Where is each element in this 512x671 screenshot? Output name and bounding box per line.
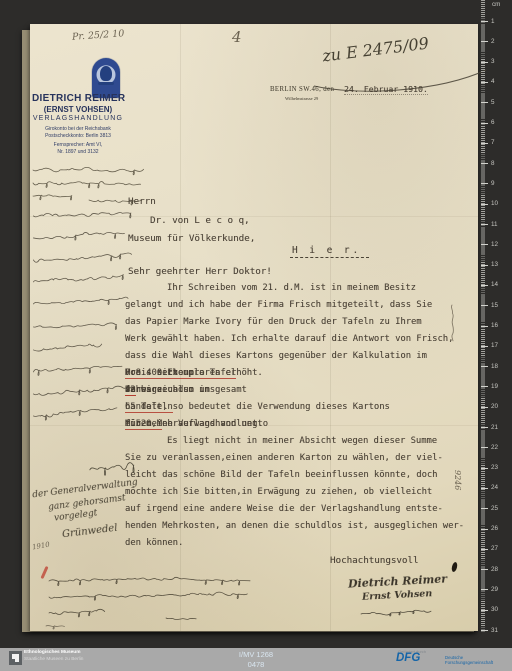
handwritten-scribble [444,304,460,344]
ruler-number: 31 [491,627,498,634]
ruler-number: 20 [491,403,498,410]
ruler-tick [481,346,488,347]
handwritten-scribble [360,606,430,622]
body-segment: dass die Wahl dieses Kartons gegenüber d… [125,351,427,361]
ruler-number: 12 [491,241,498,248]
handwritten-scribble [48,589,244,605]
ruler-number: 27 [491,545,498,552]
body-segment: für meine Verlagshandlung. [125,419,263,429]
body-segment: von 400 Exemplaren erhöht. [125,368,263,378]
handwritten-scribble [32,188,72,204]
ruler-tick [481,143,488,144]
ruler-tick [481,488,488,489]
ruler-number: 6 [491,119,495,126]
ruler-number: 28 [491,566,498,573]
ruler-tick [481,224,488,225]
body-segment: schwarze also um [125,385,210,395]
ruler-number: 15 [491,302,498,309]
handwritten-scribble [48,573,248,589]
ruler-tick [481,508,488,509]
ruler-number: 2 [491,38,495,45]
scan-sequence-number: 0478 [0,660,512,669]
ruler-tick [481,468,488,469]
ruler-tick [481,183,488,184]
ruler-tick [481,62,488,63]
ruler-unit-label: cm [492,1,500,8]
ruler-tick [481,386,488,387]
funder-name-line: Forschungsgemeinschaft [445,660,493,665]
scan-viewer: Pr. 25/2 10 4 zu E 2475/09 DIETRICH REIM… [0,0,512,671]
ruler-number: 22 [491,444,498,451]
ruler-tick [481,589,488,590]
ruler-number: 4 [491,78,495,85]
vertical-inventory-number: 9246 [453,470,462,490]
body-segment: Werk gewählt haben. Ich erhalte darauf d… [125,334,453,344]
ruler-number: 17 [491,342,498,349]
ruler-number: 24 [491,484,498,491]
ruler-tick [481,427,488,428]
body-segment: Es liegt nicht in meiner Absicht wegen d… [167,436,437,446]
ruler-number: 10 [491,200,498,207]
ruler-tick [481,82,488,83]
body-segment: handelt, so bedeutet die Verwendung dies… [125,402,390,412]
body-segment: Sie zu veranlassen,einen anderen Karton … [125,453,443,463]
body-segment: das Papier Marke Ivory für den Druck der… [125,317,422,327]
ruler-number: 13 [491,261,498,268]
ruler-tick [481,41,488,42]
ruler-tick [481,407,488,408]
ruler-tick [481,549,488,550]
ruler-number: 5 [491,99,495,106]
ruler-number: 19 [491,383,498,390]
ruler-number: 23 [491,464,498,471]
funder-name: Deutsche Forschungsgemeinschaft [445,655,493,665]
ruler-tick [481,630,488,631]
ruler-tick [481,529,488,530]
ruler-tick [481,265,488,266]
footer-bar: Ethnologisches Museum Staatliche Museen … [0,648,512,671]
ruler-tick [481,21,488,22]
ruler-tick [481,447,488,448]
ruler-number: 26 [491,525,498,532]
ruler-number: 3 [491,58,495,65]
dfg-logo: DFG [396,652,420,664]
ruler-tick [481,366,488,367]
ruler-number: 25 [491,505,498,512]
ruler-tick [481,204,488,205]
ruler-number: 9 [491,180,495,187]
ruler-tick [481,569,488,570]
body-segment: gelangt und ich habe der Firma Frisch mi… [125,300,432,310]
letter-page: Pr. 25/2 10 4 zu E 2475/09 DIETRICH REIM… [30,24,478,631]
ruler-number: 14 [491,281,498,288]
ruler-number: 11 [491,221,498,228]
ruler-number: 29 [491,586,498,593]
ruler-number: 16 [491,322,498,329]
ruler-number: 30 [491,606,498,613]
ruler-tick [481,163,488,164]
ruler-tick [481,305,488,306]
body-segment: leicht das schöne Bild der Tafeln beeinf… [125,470,437,480]
handwritten-scribble [165,610,195,626]
body-segment: auf irgend eine andere Weise die der Ver… [125,504,443,514]
body-segment: den können. [125,538,183,548]
ruler-number: 21 [491,424,498,431]
ruler-tick [481,102,488,103]
closing: Hochachtungsvoll [330,555,419,566]
ruler-number: 7 [491,139,495,146]
ruler-number: 1 [491,18,495,25]
ruler-tick [481,285,488,286]
body-segment: möchte ich Sie bitten,in Erwägung zu zie… [125,487,432,497]
ruler-tick [481,610,488,611]
ruler-number: 18 [491,363,498,370]
ruler-tick [481,244,488,245]
body-segment: henden Mehrkosten, an denen die schuldlo… [125,521,464,531]
ruler: cm 1234567891011121314151617181920212223… [480,0,512,646]
ruler-minor-ticks [481,0,485,632]
ruler-tick [481,326,488,327]
inventory-id: I/MV 1268 [0,650,512,659]
handwritten-scribble [45,618,59,634]
ruler-tick [481,123,488,124]
ruler-number: 8 [491,160,495,167]
body-segment: Ihr Schreiben vom 21. d.M. ist in meinem… [167,283,416,293]
